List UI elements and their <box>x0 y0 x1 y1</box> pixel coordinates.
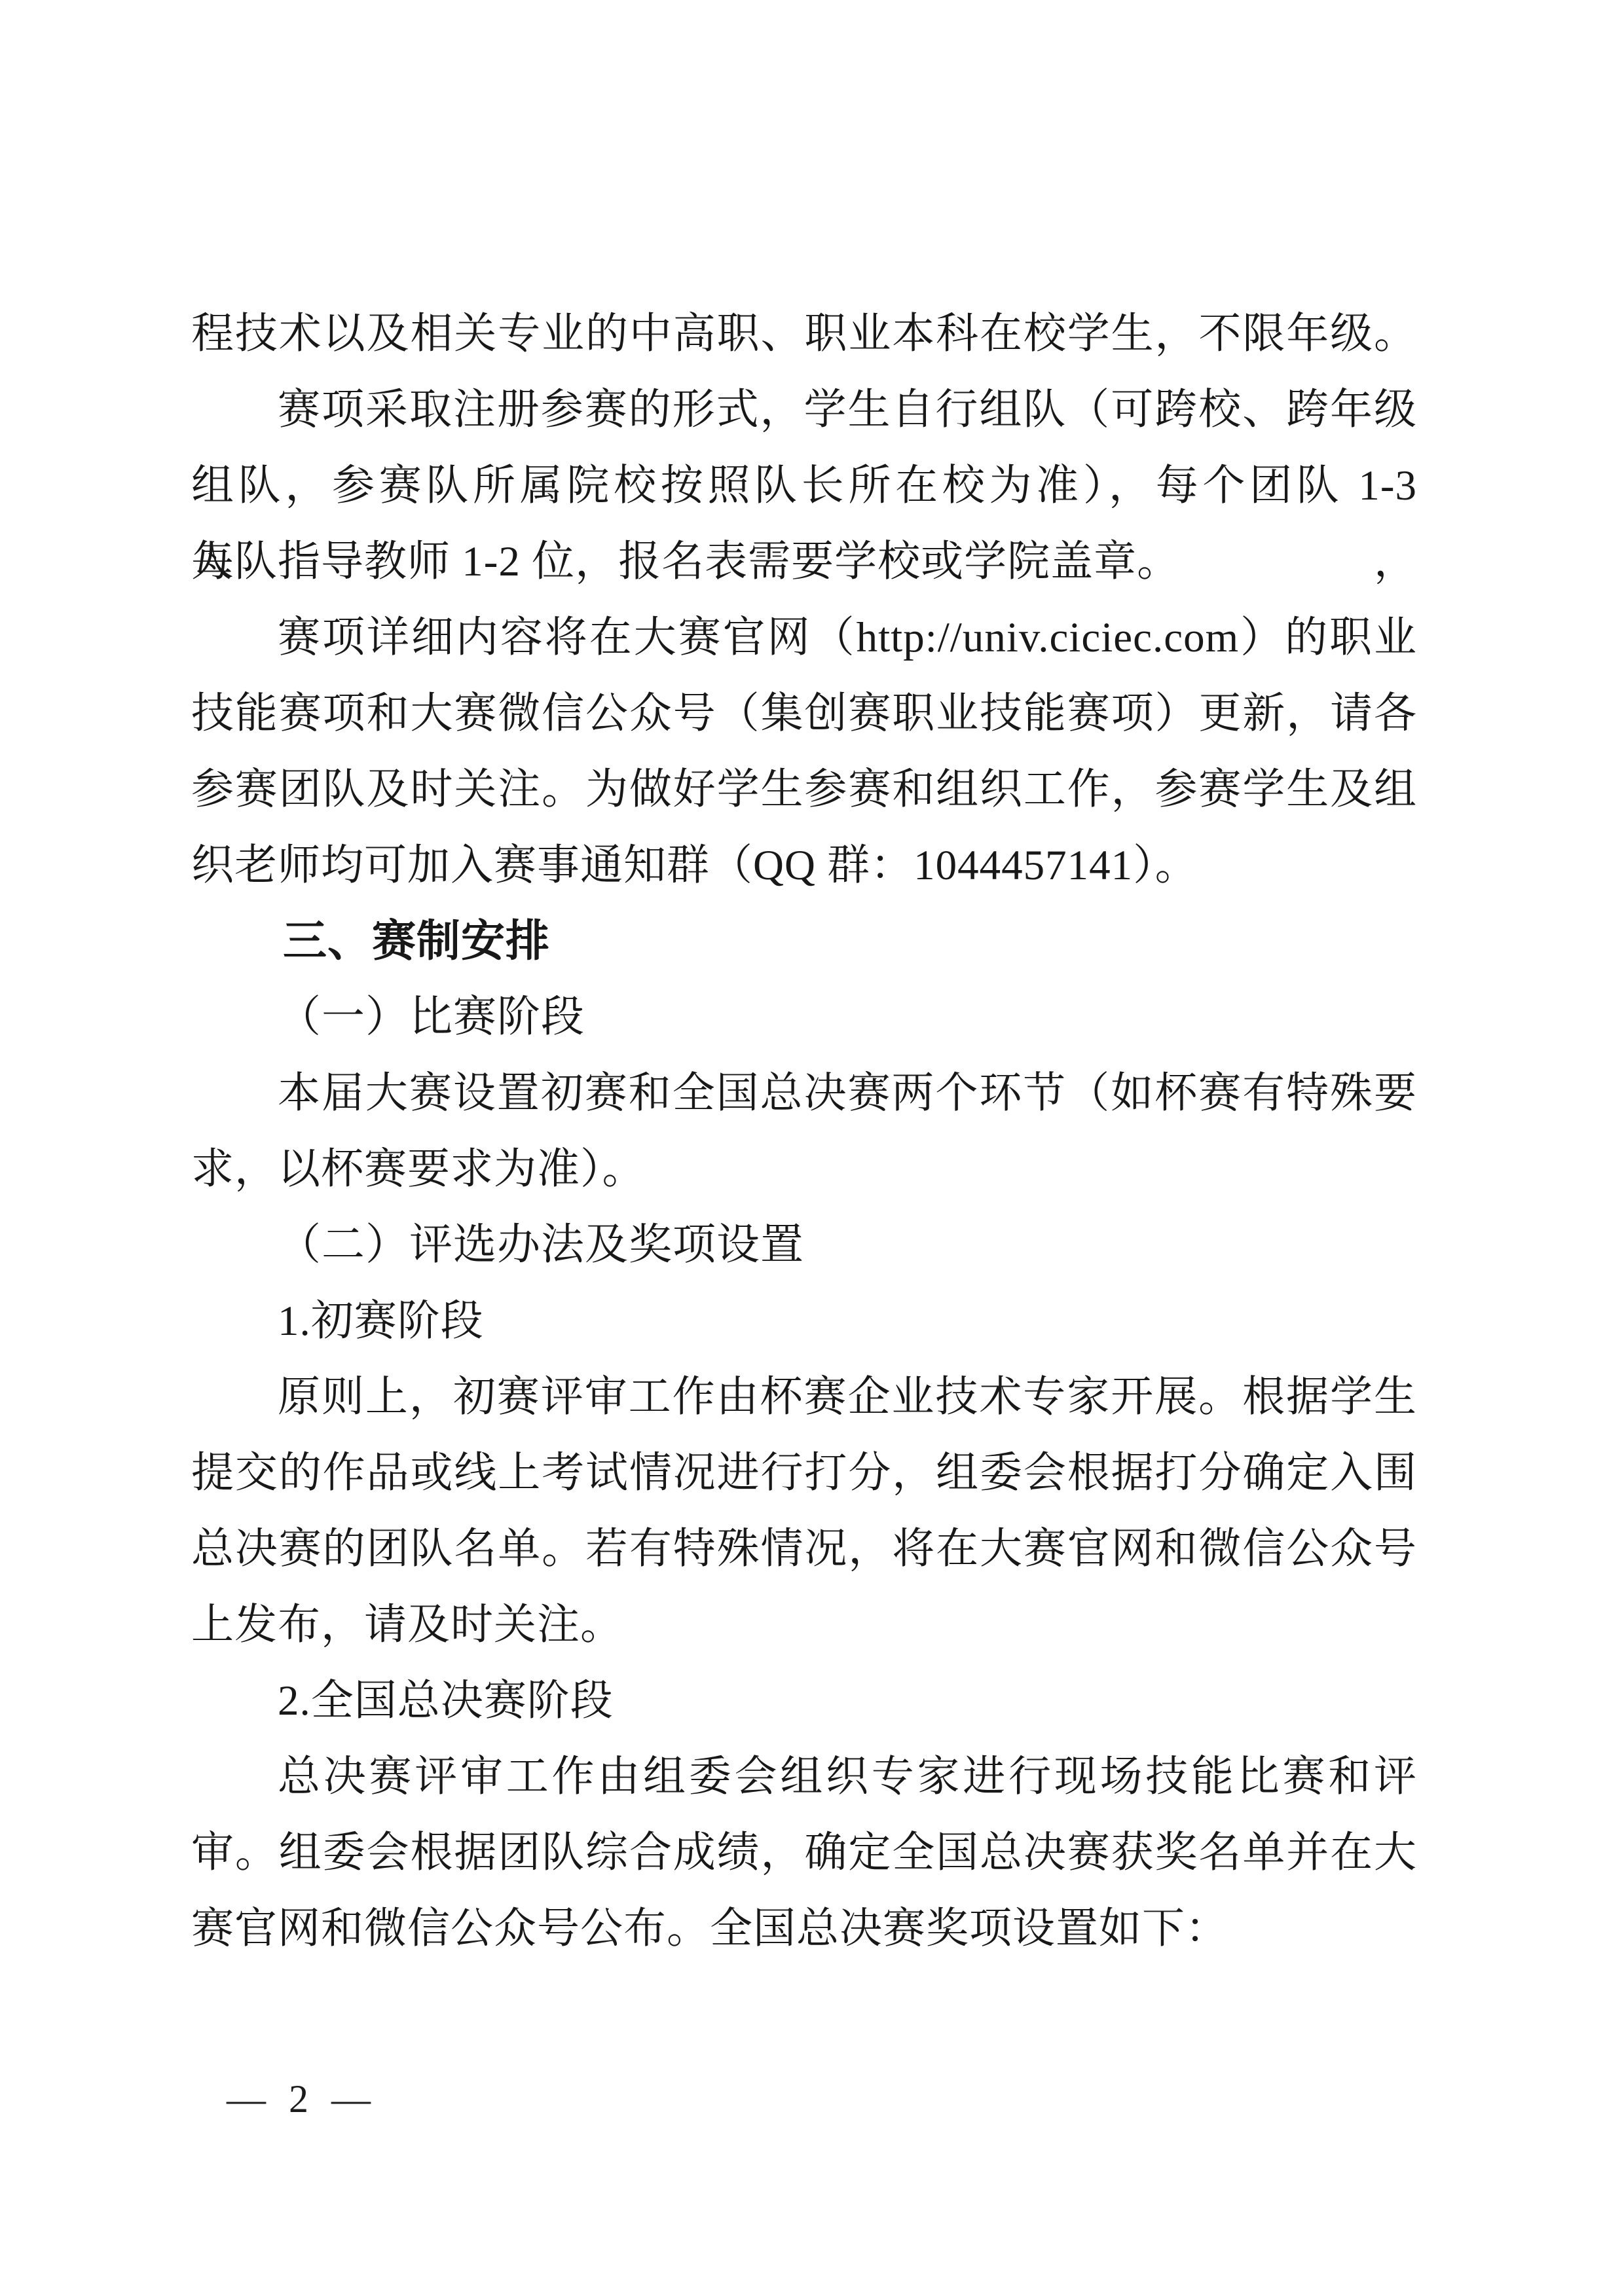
body-line: 赛官网和微信公众号公布。全国总决赛奖项设置如下： <box>191 1891 1417 1967</box>
body-line: 求，以杯赛要求为准）。 <box>191 1131 1417 1207</box>
body-line-qq-group: 织老师均可加入赛事通知群（QQ 群：1044457141）。 <box>191 828 1417 903</box>
text-block: 程技术以及相关专业的中高职、职业本科在校学生，不限年级。 赛项采取注册参赛的形式… <box>191 296 1417 1967</box>
body-line-with-url: 赛项详细内容将在大赛官网（http://univ.ciciec.com）的职业 <box>191 600 1417 676</box>
body-line: 技能赛项和大赛微信公众号（集创赛职业技能赛项）更新，请各 <box>191 676 1417 752</box>
body-line: 总决赛评审工作由组委会组织专家进行现场技能比赛和评 <box>191 1739 1417 1815</box>
section-heading: 三、赛制安排 <box>191 903 1417 979</box>
body-line: 总决赛的团队名单。若有特殊情况，将在大赛官网和微信公众号 <box>191 1511 1417 1587</box>
body-line: 组队，参赛队所属院校按照队长所在校为准），每个团队 1-3 人， <box>191 448 1417 524</box>
subsection-heading-2: （二）评选办法及奖项设置 <box>191 1207 1417 1283</box>
body-line: 上发布，请及时关注。 <box>191 1587 1417 1663</box>
body-line: 原则上，初赛评审工作由杯赛企业技术专家开展。根据学生 <box>191 1359 1417 1435</box>
document-page: 程技术以及相关专业的中高职、职业本科在校学生，不限年级。 赛项采取注册参赛的形式… <box>0 0 1624 2296</box>
body-line: 本届大赛设置初赛和全国总决赛两个环节（如杯赛有特殊要 <box>191 1055 1417 1131</box>
body-line: 参赛团队及时关注。为做好学生参赛和组织工作，参赛学生及组 <box>191 752 1417 828</box>
subsection-heading-1: （一）比赛阶段 <box>191 979 1417 1055</box>
body-line: 程技术以及相关专业的中高职、职业本科在校学生，不限年级。 <box>191 296 1417 372</box>
page-number: — 2 — <box>227 2066 377 2132</box>
numbered-item-1: 1.初赛阶段 <box>191 1283 1417 1359</box>
body-line: 赛项采取注册参赛的形式，学生自行组队（可跨校、跨年级 <box>191 372 1417 448</box>
numbered-item-2: 2.全国总决赛阶段 <box>191 1663 1417 1739</box>
body-line: 审。组委会根据团队综合成绩，确定全国总决赛获奖名单并在大 <box>191 1815 1417 1891</box>
body-line: 提交的作品或线上考试情况进行打分，组委会根据打分确定入围 <box>191 1435 1417 1511</box>
